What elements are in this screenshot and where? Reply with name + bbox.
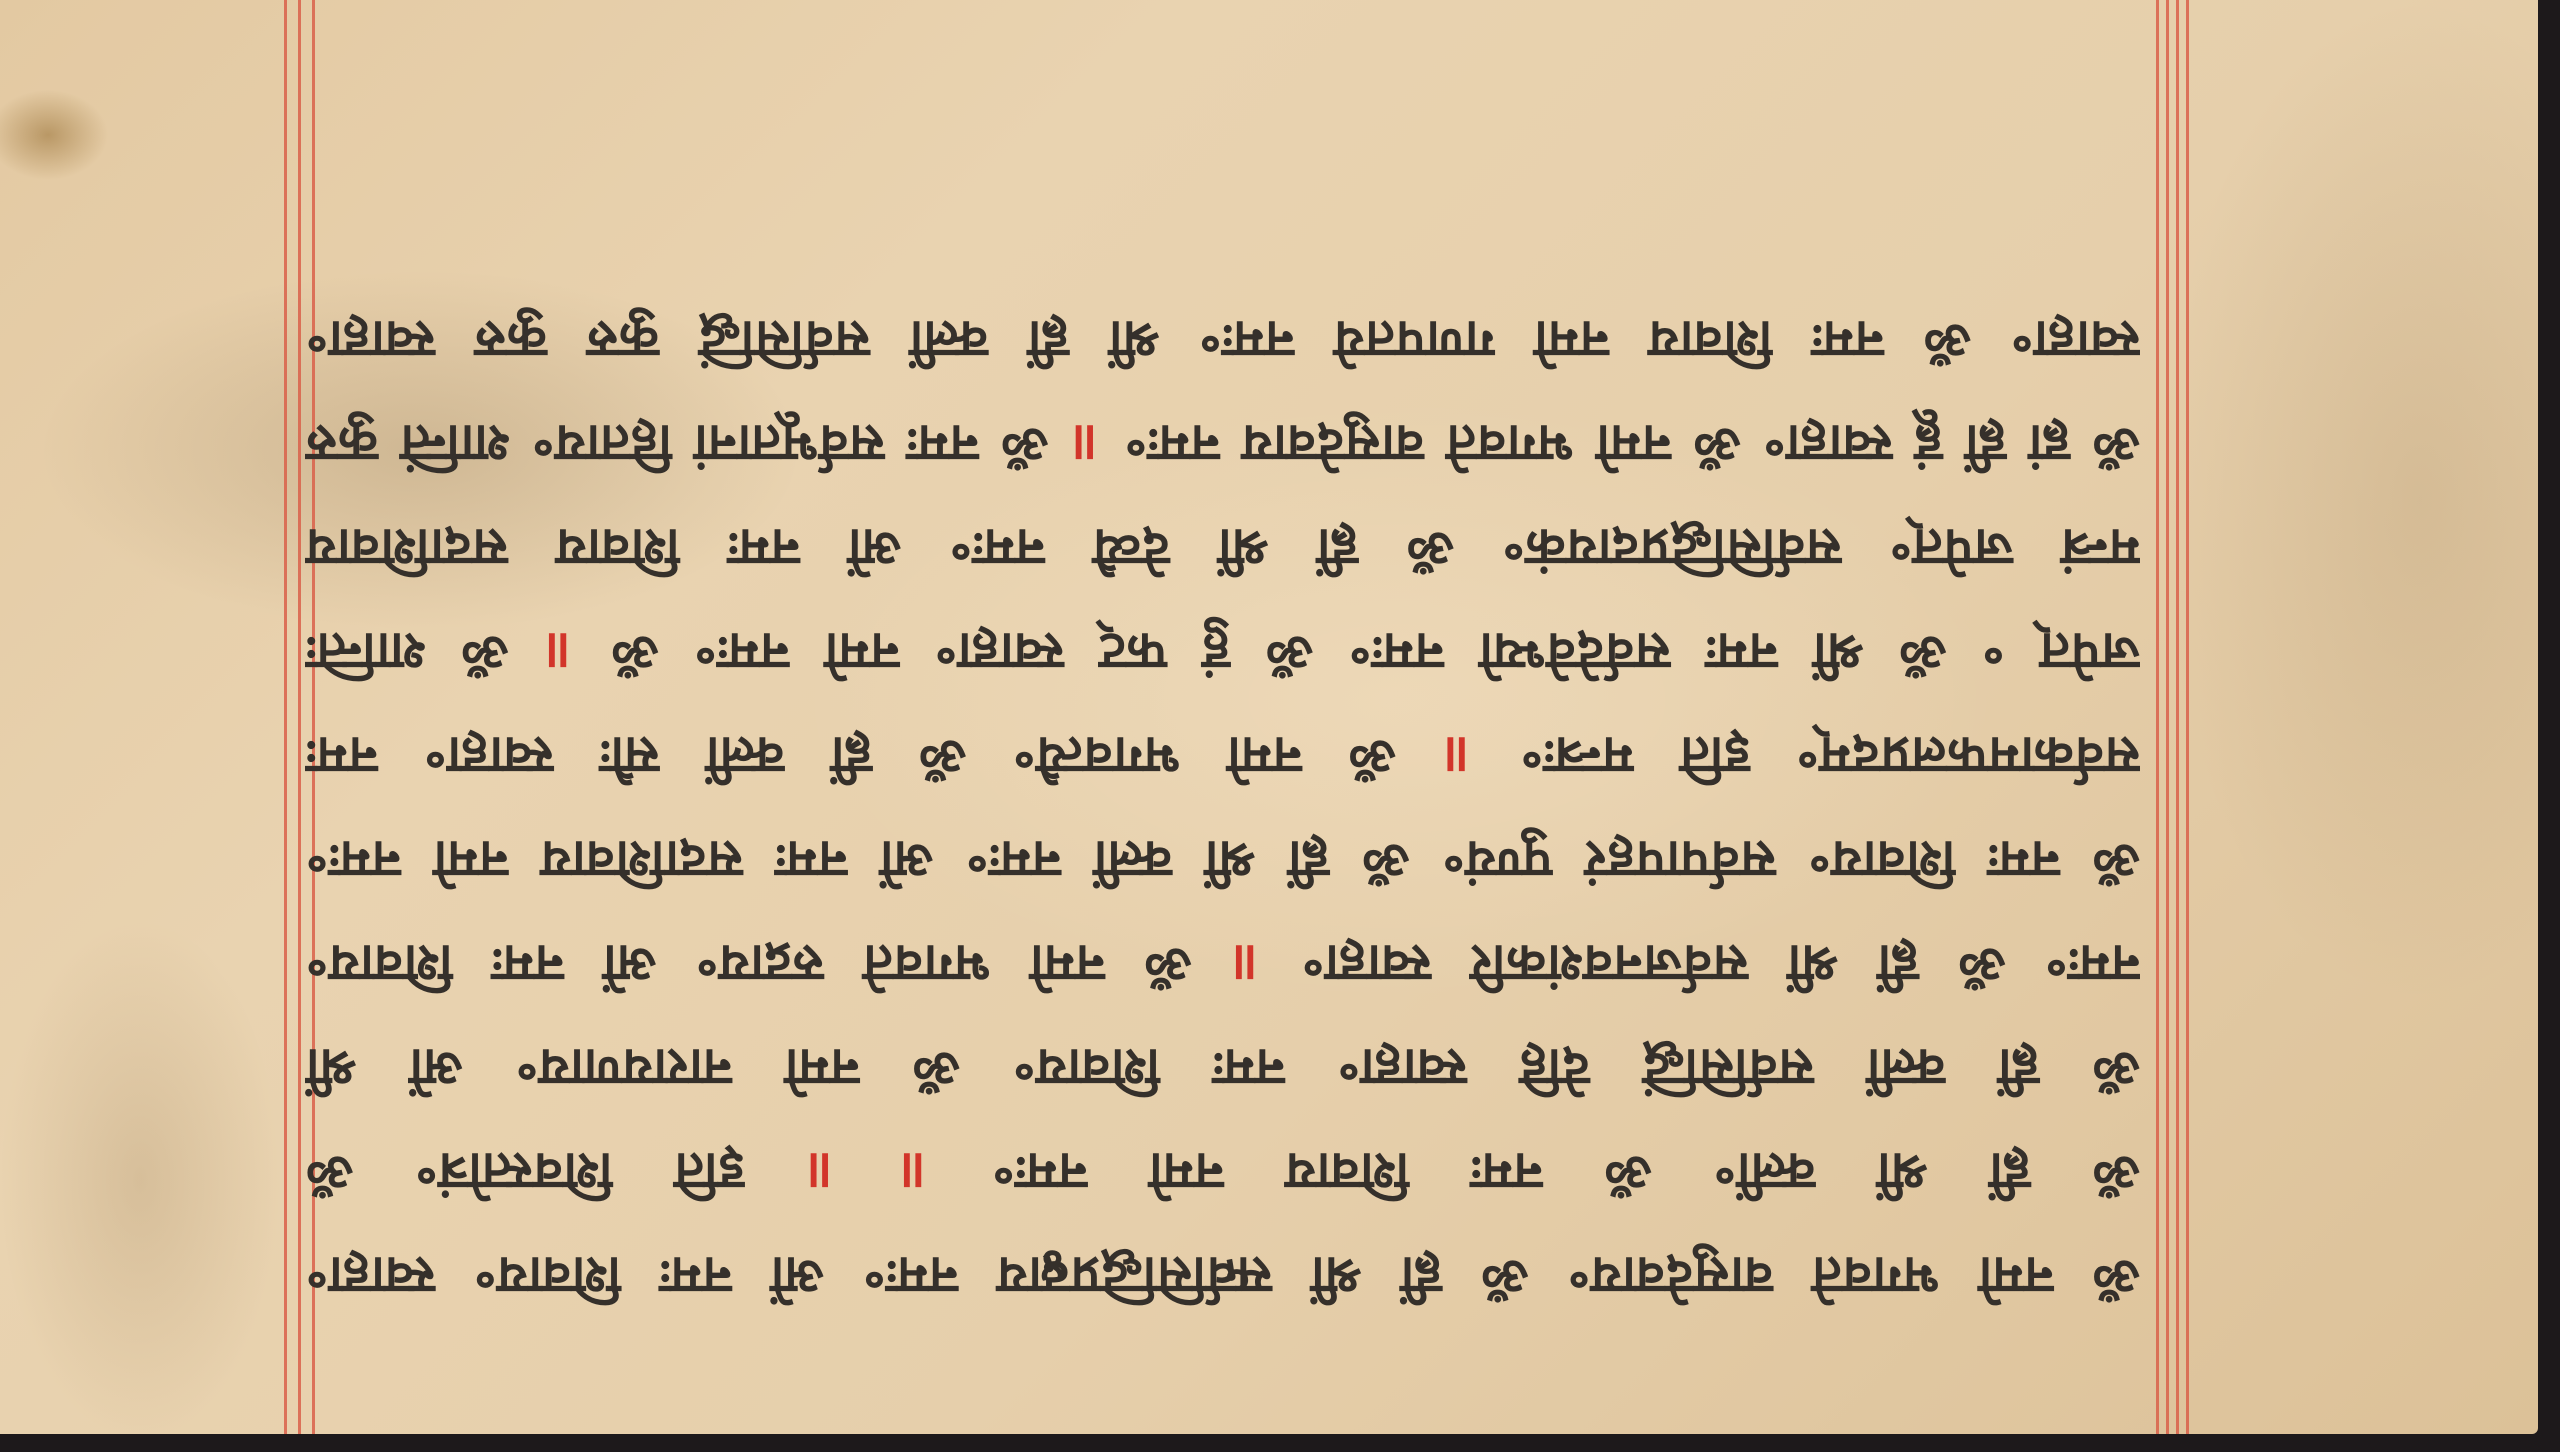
- right-margin-rule: [2166, 0, 2169, 1434]
- left-margin-rule: [298, 0, 301, 1434]
- red-danda: ॥: [898, 1141, 930, 1201]
- text-line: ॐ ह्रीं क्लीं सर्वसिद्धिं देहि स्वाहा॰ न…: [305, 1027, 2140, 1107]
- text-block: ॐ नमो भगवते वासुदेवाय॰ ॐ ह्रीं श्रीं सर्…: [305, 195, 2140, 1315]
- text-line: ॐ नमो भगवते वासुदेवाय॰ ॐ ह्रीं श्रीं सर्…: [305, 1235, 2140, 1315]
- right-margin-rule: [2156, 0, 2159, 1434]
- text-line: नमः॰ ॐ ह्रीं श्रीं सर्वजनवशंकरि स्वाहा॰ …: [305, 923, 2140, 1003]
- right-margin-rule: [2186, 0, 2189, 1434]
- text-line: सर्वकामफलप्रदम्॰ इति मन्त्रः॰ ॥ ॐ नमो भग…: [305, 715, 2140, 795]
- red-danda: ॥: [1070, 413, 1102, 473]
- text-line: मन्त्रं जपेत्॰ सर्वसिद्धिप्रदायकं॰ ॐ ह्र…: [305, 507, 2140, 587]
- left-margin-rule: [284, 0, 287, 1434]
- folio-mark: ५: [1225, 1245, 1250, 1310]
- red-danda: ॥: [1442, 725, 1474, 785]
- red-danda: ॥: [1230, 933, 1262, 993]
- red-danda: ॥: [543, 621, 575, 681]
- folio-mark: ४: [1040, 1235, 1065, 1300]
- text-line: ॐ नमः शिवाय॰ सर्वपापहरं पुण्यं॰ ॐ ह्रीं …: [305, 819, 2140, 899]
- text-line: ॐ ह्रीं श्रीं क्लीं॰ ॐ नमः शिवाय नमो नमः…: [305, 1131, 2140, 1211]
- red-danda: ॥: [805, 1141, 837, 1201]
- manuscript-page: ॐ नमो भगवते वासुदेवाय॰ ॐ ह्रीं श्रीं सर्…: [0, 0, 2538, 1434]
- text-line: स्वाहा॰ ॐ नमः शिवाय नमो गणपतये नमः॰ श्री…: [305, 299, 2140, 379]
- text-line: जपेत् ॰ ॐ श्रीं नमः सर्वदेवेभ्यो नमः॰ ॐ …: [305, 611, 2140, 691]
- text-line: ॐ ह्रां ह्रीं ह्रूं स्वाहा॰ ॐ नमो भगवते …: [305, 403, 2140, 483]
- right-margin-rule: [2176, 0, 2179, 1434]
